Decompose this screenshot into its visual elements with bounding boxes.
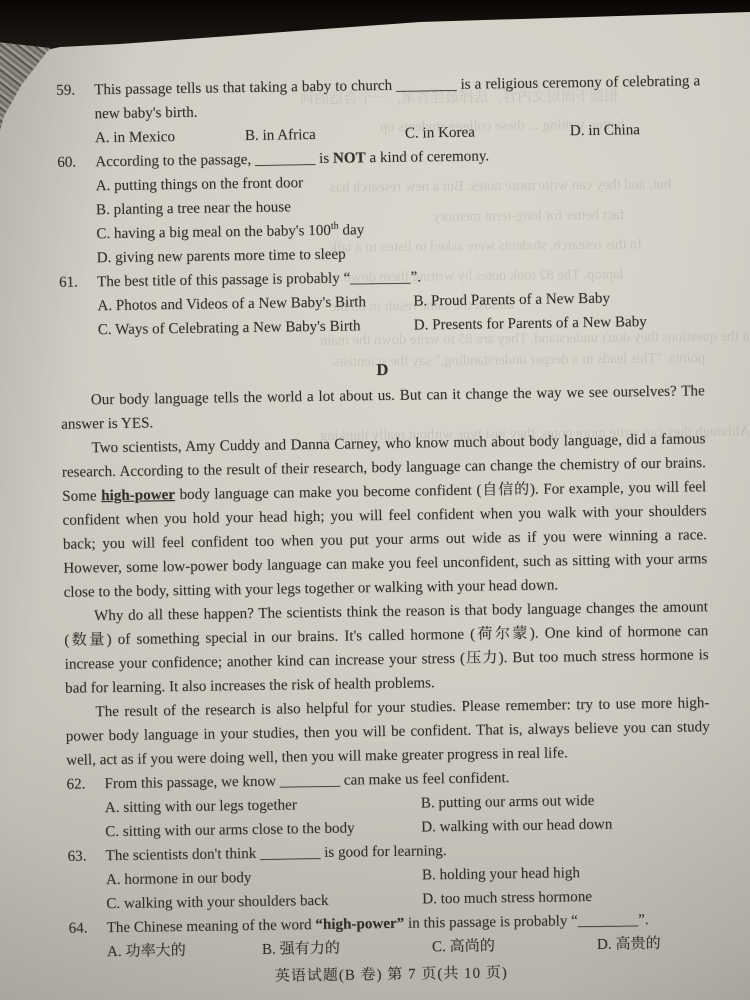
passage-p2-highlighted-term: high-power — [101, 487, 175, 504]
option-64-d: D. 高贵的 — [597, 931, 713, 957]
passage-paragraph-3: Why do all these happen? The scientists … — [64, 595, 709, 701]
question-60-stem-post: a kind of ceremony. — [366, 148, 490, 166]
question-63-stem: The scientists don't think ________ is g… — [105, 843, 446, 864]
question-63-number: 63. — [67, 844, 86, 868]
question-62-number: 62. — [66, 772, 85, 796]
passage-paragraph-4: The result of the research is also helpf… — [65, 691, 710, 773]
option-61-c: C. Ways of Celebrating a New Baby's Birt… — [98, 313, 414, 342]
question-64-stem-bold: “high-power” — [315, 916, 404, 933]
photo-corner-object — [0, 42, 54, 154]
exam-paper-photo: 根据下面短文内容，选择最佳答案，一个合适的词 better, writing .… — [0, 0, 750, 1000]
option-64-c: C. 高尚的 — [432, 933, 597, 959]
question-64-stem: The Chinese meaning of the word — [107, 917, 316, 936]
passage-paragraph-2: Two scientists, Amy Cuddy and Danna Carn… — [61, 427, 707, 605]
option-61-d: D. Presents for Parents of a New Baby — [414, 309, 704, 337]
option-64-b: B. 强有力的 — [262, 935, 432, 962]
question-60-stem-bold: NOT — [333, 150, 366, 166]
question-64-stem-post: in this passage is probably “________”. — [404, 912, 649, 932]
question-59-stem: This passage tells us that taking a baby… — [94, 73, 700, 122]
photo-dark-background-edge — [0, 0, 750, 66]
question-61-stem: The best title of this passage is probab… — [97, 269, 421, 290]
option-60-c-text: C. having a big meal on the baby's 100 — [96, 223, 331, 242]
option-60-c-tail: day — [339, 222, 365, 238]
question-60-stem: According to the passage, ________ is — [95, 151, 333, 171]
question-61-number: 61. — [59, 270, 78, 294]
question-59: 59. This passage tells us that taking a … — [56, 69, 701, 127]
question-60-number: 60. — [57, 150, 76, 174]
option-64-a: A. 功率大的 — [107, 938, 262, 964]
question-59-number: 59. — [56, 78, 75, 102]
question-64-number: 64. — [68, 916, 87, 940]
option-59-a: A. in Mexico — [95, 124, 245, 150]
question-62-stem: From this passage, we know ________ can … — [104, 770, 509, 792]
option-59-d: D. in China — [570, 117, 701, 143]
page-content: 59. This passage tells us that taking a … — [56, 69, 713, 991]
option-59-b: B. in Africa — [245, 122, 405, 148]
option-59-c: C. in Korea — [405, 119, 570, 145]
